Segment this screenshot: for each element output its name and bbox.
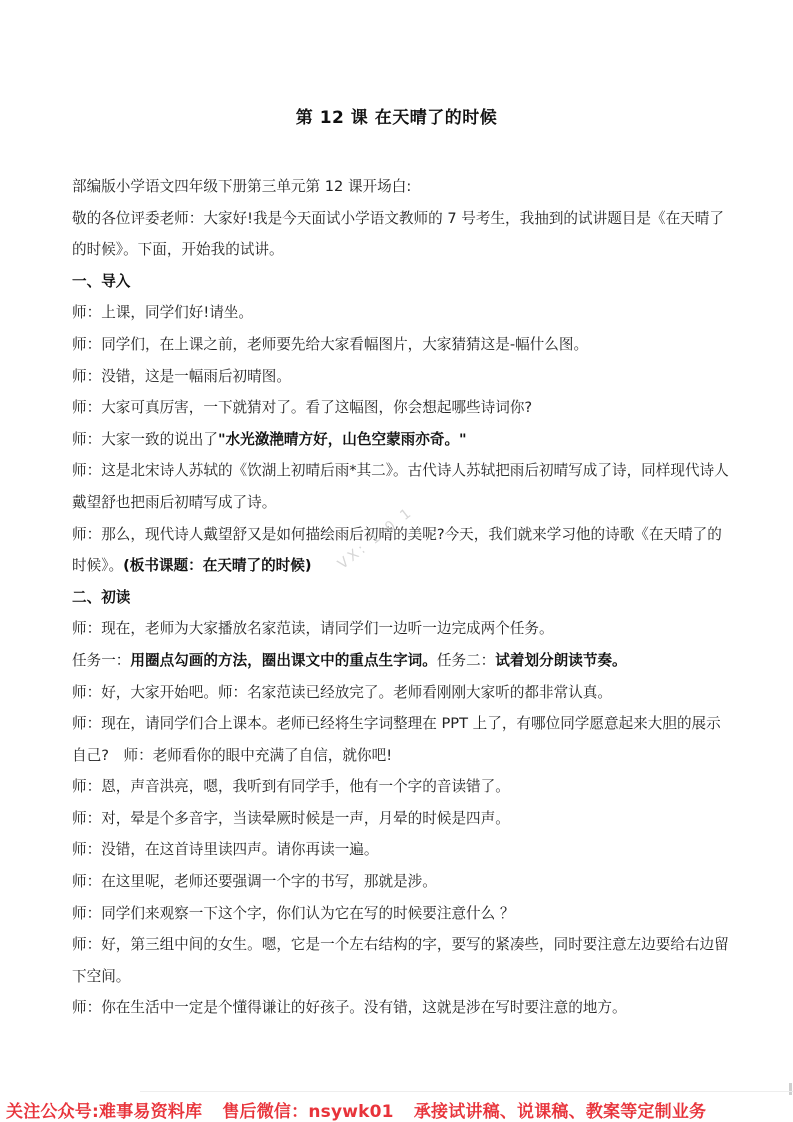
- dialogue-line: 师：好，大家开始吧。师：名家范读已经放完了。老师看刚刚大家听的都非常认真。: [72, 677, 732, 709]
- dialogue-line: 师：好，第三组中间的女生。嗯，它是一个左右结构的字，要写的紧凑些，同时要注意左边…: [72, 929, 732, 992]
- dialogue-line: 师：对，晕是个多音字，当读晕厥时候是一声，月晕的时候是四声。: [72, 803, 732, 835]
- dialogue-line: 师：同学们来观察一下这个字，你们认为它在写的时候要注意什么 ？: [72, 898, 732, 930]
- dialogue-line: 师：在这里呢，老师还要强调一个字的书写，那就是涉。: [72, 866, 732, 898]
- text-segment: 师：上课，同学们好!请坐。: [72, 304, 253, 321]
- task-line: 任务一：用圈点勾画的方法，圈出课文中的重点生字词。任务二：试着划分朗读节奏。: [72, 645, 732, 677]
- text-segment: 师：同学们，在上课之前，老师要先给大家看幅图片，大家猜猜这是-幅什么图。: [72, 336, 588, 353]
- dialogue-line: 师：现在，请同学们合上课本。老师已经将生字词整理在 PPT 上了，有哪位同学愿意…: [72, 708, 732, 771]
- dialogue-line: 师：没错，在这首诗里读四声。请你再读一遍。: [72, 834, 732, 866]
- text-segment: 师：这是北宋诗人苏轼的《饮湖上初晴后雨*其二》。古代诗人苏轼把雨后初晴写成了诗，…: [72, 462, 729, 511]
- section-heading-intro: 一、导入: [72, 266, 732, 298]
- document-page: 第 12 课 在天晴了的时候 部编版小学语文四年级下册第三单元第 12 课开场白…: [0, 0, 793, 1122]
- footer-wechat-account: 关注公众号:难事易资料库: [6, 1102, 202, 1122]
- heading-text: 二、初读: [72, 589, 130, 606]
- dialogue-line: 师：这是北宋诗人苏轼的《饮湖上初晴后雨*其二》。古代诗人苏轼把雨后初晴写成了诗，…: [72, 455, 732, 518]
- dialogue-line: 师：没错，这是一幅雨后初晴图。: [72, 361, 732, 393]
- text-segment: 敬的各位评委老师：大家好!我是今天面试小学语文教师的 7 号考生，我抽到的试讲题…: [72, 210, 724, 259]
- text-segment: 师：没错，这是一幅雨后初晴图。: [72, 368, 291, 385]
- task-one-label: 任务一：: [72, 652, 130, 669]
- text-segment: 师：大家一致的说出了: [72, 431, 218, 448]
- footer-after-sales-wechat: 售后微信：nsywk01: [222, 1102, 393, 1122]
- text-segment: 部编版小学语文四年级下册第三单元第 12 课开场白:: [72, 178, 411, 195]
- text-segment: 师：恩，声音洪亮，嗯，我听到有同学手，他有一个字的音读错了。: [72, 778, 510, 795]
- text-segment: 师：好，第三组中间的女生。嗯，它是一个左右结构的字，要写的紧凑些，同时要注意左边…: [72, 936, 729, 985]
- dialogue-line: 师：那么，现代诗人戴望舒又是如何描绘雨后初晴的美呢?今天，我们就来学习他的诗歌《…: [72, 519, 732, 582]
- promo-footer: 关注公众号:难事易资料库 售后微信：nsywk01 承接试讲稿、说课稿、教案等定…: [6, 1097, 793, 1122]
- dialogue-line: 师：大家一致的说出了"水光潋滟晴方好，山色空蒙雨亦奇。": [72, 424, 732, 456]
- footer-custom-service: 承接试讲稿、说课稿、教案等定制业务: [414, 1102, 706, 1122]
- task-two-text: 试着划分朗读节奏。: [495, 652, 626, 669]
- intro-line: 部编版小学语文四年级下册第三单元第 12 课开场白:: [72, 171, 732, 203]
- text-segment: 师：你在生活中一定是个懂得谦让的好孩子。没有错，这就是涉在写时要注意的地方。: [72, 999, 627, 1016]
- document-body: 部编版小学语文四年级下册第三单元第 12 课开场白: 敬的各位评委老师：大家好!…: [72, 171, 732, 1024]
- text-segment: 师：在这里呢，老师还要强调一个字的书写，那就是涉。: [72, 873, 437, 890]
- text-segment: 师：现在，请同学们合上课本。老师已经将生字词整理在 PPT 上了，有哪位同学愿意…: [72, 715, 721, 764]
- poem-quote: "水光潋滟晴方好，山色空蒙雨亦奇。": [218, 431, 467, 448]
- section-heading-first-reading: 二、初读: [72, 582, 732, 614]
- heading-text: 一、导入: [72, 273, 130, 290]
- dialogue-line: 师：大家可真厉害，一下就猜对了。看了这幅图，你会想起哪些诗词你?: [72, 392, 732, 424]
- footer-divider: [140, 1091, 793, 1092]
- dialogue-line: 师：现在，老师为大家播放名家范读，请同学们一边听一边完成两个任务。: [72, 613, 732, 645]
- lesson-title: 第 12 课 在天晴了的时候: [0, 103, 793, 128]
- text-segment: 师：好，大家开始吧。师：名家范读已经放完了。老师看刚刚大家听的都非常认真。: [72, 684, 612, 701]
- task-two-label: 任务二：: [437, 652, 495, 669]
- text-segment: 师：大家可真厉害，一下就猜对了。看了这幅图，你会想起哪些诗词你?: [72, 399, 532, 416]
- text-segment: 师：现在，老师为大家播放名家范读，请同学们一边听一边完成两个任务。: [72, 620, 554, 637]
- text-segment: 师：没错，在这首诗里读四声。请你再读一遍。: [72, 841, 378, 858]
- dialogue-line: 师：同学们，在上课之前，老师要先给大家看幅图片，大家猜猜这是-幅什么图。: [72, 329, 732, 361]
- dialogue-line: 师：上课，同学们好!请坐。: [72, 297, 732, 329]
- greeting-paragraph: 敬的各位评委老师：大家好!我是今天面试小学语文教师的 7 号考生，我抽到的试讲题…: [72, 203, 732, 266]
- dialogue-line: 师：你在生活中一定是个懂得谦让的好孩子。没有错，这就是涉在写时要注意的地方。: [72, 992, 732, 1024]
- text-segment: 师：同学们来观察一下这个字，你们认为它在写的时候要注意什么 ？: [72, 905, 514, 922]
- page-edge-mark: [789, 1083, 792, 1095]
- text-segment: 师：对，晕是个多音字，当读晕厥时候是一声，月晕的时候是四声。: [72, 810, 510, 827]
- blackboard-title-note: (板书课题：在天晴了的时候): [123, 557, 311, 574]
- dialogue-line: 师：恩，声音洪亮，嗯，我听到有同学手，他有一个字的音读错了。: [72, 771, 732, 803]
- task-one-text: 用圈点勾画的方法，圈出课文中的重点生字词。: [130, 652, 436, 669]
